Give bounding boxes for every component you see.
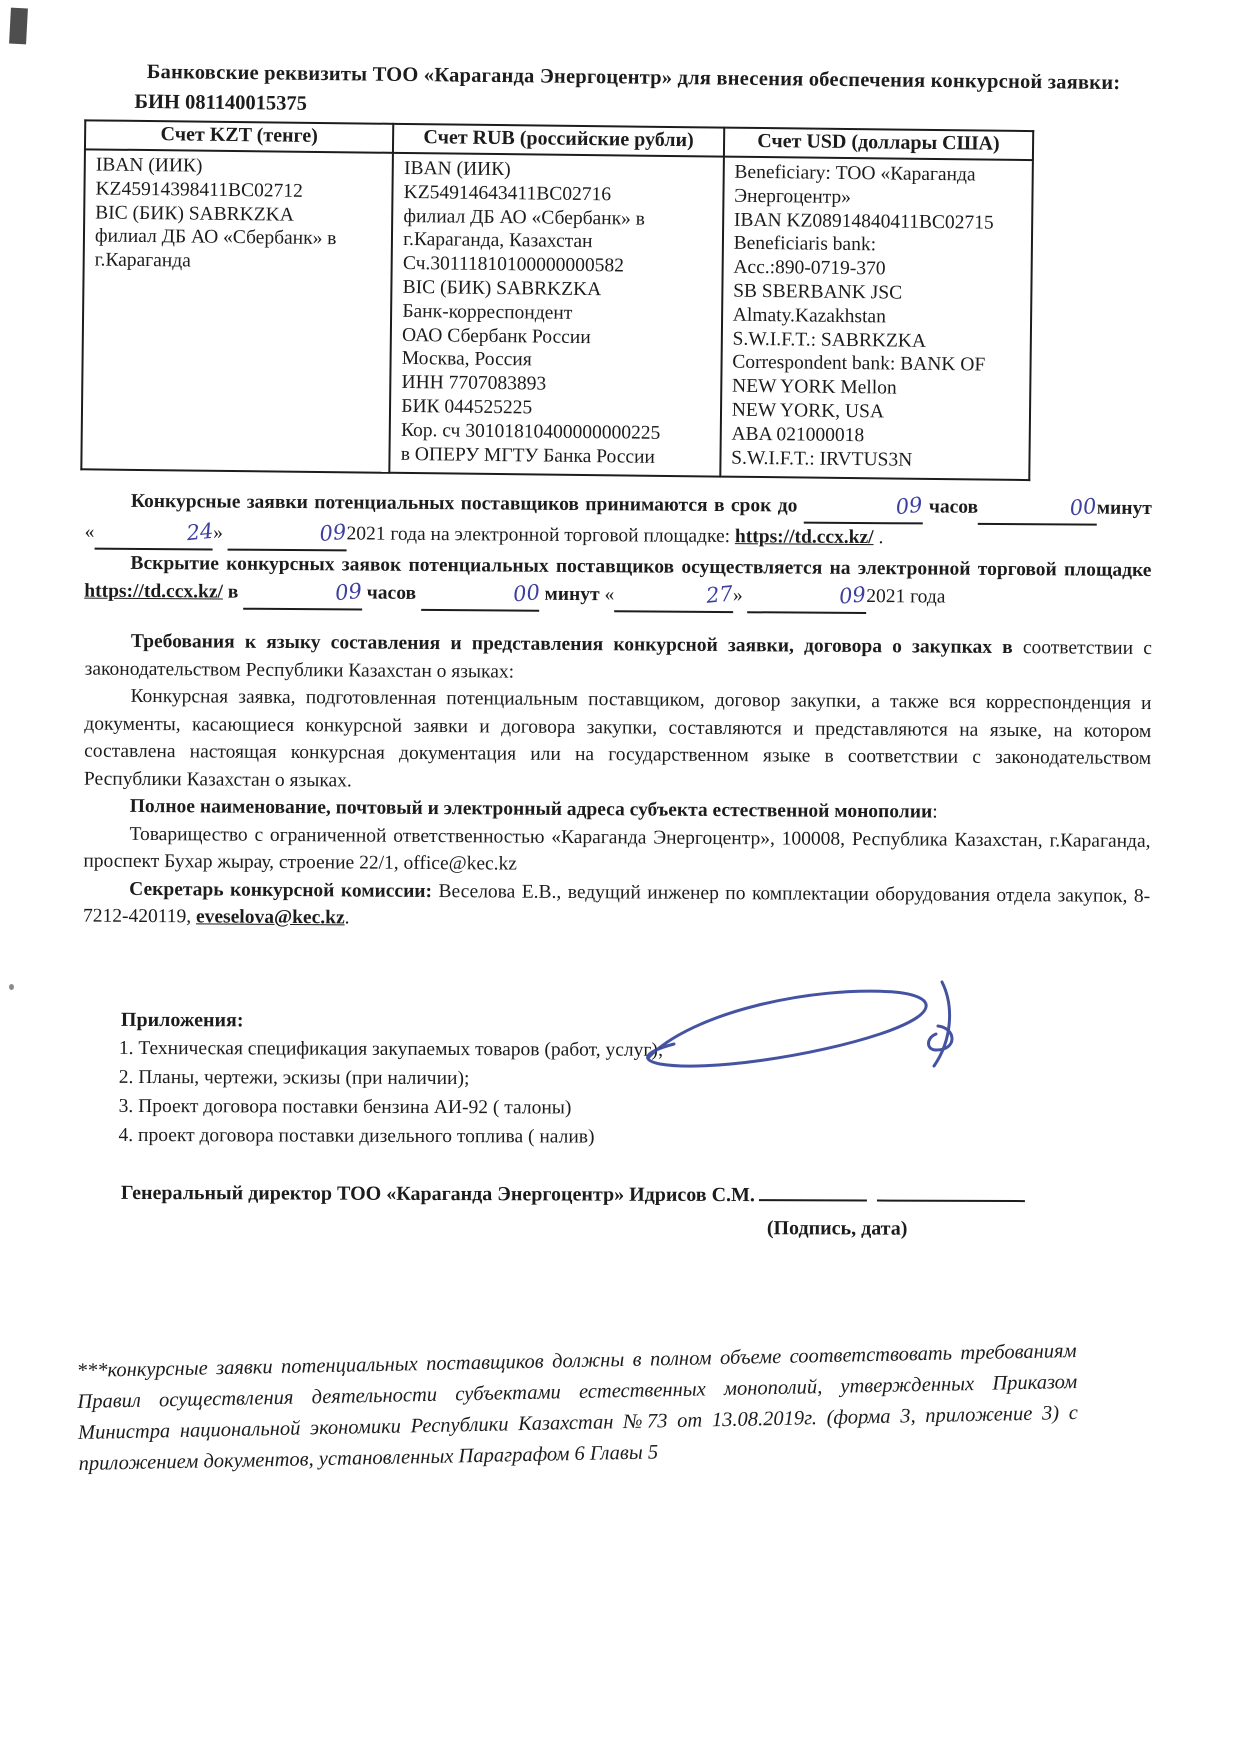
handwritten-month: 09 — [273, 521, 348, 550]
signature-section: Генеральный директор ТОО «Караганда Энер… — [85, 1180, 1152, 1242]
scan-artifact — [9, 984, 14, 990]
col-header-usd: Счет USD (доллары США) — [724, 128, 1034, 161]
handwritten-day: 27 — [659, 582, 734, 611]
month-blank: 09 — [228, 525, 347, 552]
language-body: Конкурсная заявка, подготовленная потенц… — [84, 682, 1152, 799]
trading-platform-url: https://td.ccx.kz/ — [735, 526, 874, 548]
handwritten-month: 09 — [793, 583, 868, 612]
in-word: в — [228, 581, 239, 602]
secretary-paragraph: Секретарь конкурсной комиссии: Веселова … — [83, 875, 1150, 937]
table-cell-line: ИНН 7707083893 — [401, 371, 714, 398]
period: . — [345, 907, 350, 928]
table-cell-line: ОАО Сбербанк России — [402, 324, 715, 351]
monopoly-body: Товарищество с ограниченной ответственно… — [83, 820, 1150, 882]
hours-blank: 09 — [243, 584, 362, 611]
quote-close: » — [733, 585, 743, 606]
opening-paragraph: Вскрытие конкурсных заявок потенциальных… — [84, 550, 1151, 616]
table-cell-line: KZ54914643411BC02716 — [404, 181, 717, 208]
table-cell-line: BIC (БИК) SABRKZKA — [403, 276, 716, 303]
table-cell-line: Банк-корреспондент — [402, 300, 715, 327]
trading-platform-url: https://td.ccx.kz/ — [84, 580, 223, 602]
attachment-item: 3. Проект договора поставки бензина АИ-9… — [119, 1092, 1152, 1125]
director-text: Генеральный директор ТОО «Караганда Энер… — [121, 1182, 755, 1206]
col-header-rub: Счет RUB (российские рубли) — [393, 124, 724, 157]
account-kzt-cell: IBAN (ИИК)KZ45914398411BC02712BIC (БИК) … — [81, 149, 393, 473]
table-cell-line: Москва, Россия — [402, 347, 715, 374]
scan-artifact — [9, 8, 28, 45]
table-cell-line: NEW YORK Mellon — [732, 375, 1024, 402]
month-blank: 09 — [747, 587, 866, 614]
minutes-label: минут — [544, 584, 599, 605]
table-cell-line: филиал ДБ АО «Сбербанк» в — [95, 225, 386, 252]
table-body-row: IBAN (ИИК)KZ45914398411BC02712BIC (БИК) … — [81, 149, 1033, 480]
table-cell-line: г.Караганда, Казахстан — [403, 228, 716, 255]
table-cell-line: г.Караганда — [95, 249, 386, 276]
deadline-year-text: 2021 года на электронной торговой площад… — [346, 524, 730, 548]
table-cell-line: IBAN (ИИК) — [96, 153, 387, 180]
signature-caption: (Подпись, дата) — [767, 1218, 1152, 1242]
language-heading-bold: Требования к языку составления и предста… — [131, 631, 1013, 658]
footnote: ***конкурсные заявки потенциальных поста… — [77, 1336, 1079, 1480]
table-cell-line: IBAN KZ08914840411BC02715 — [734, 208, 1026, 235]
signature-rule — [877, 1196, 1025, 1203]
handwritten-day: 24 — [140, 520, 215, 549]
handwritten-signature — [622, 978, 982, 1078]
table-cell-line: ABA 021000018 — [731, 422, 1023, 449]
account-rub-cell: IBAN (ИИК)KZ54914643411BC02716филиал ДБ … — [390, 153, 724, 477]
handwritten-minutes: 00 — [466, 581, 541, 610]
quote-open: « — [604, 584, 614, 605]
table-cell-line: S.W.I.F.T.: IRVTUS3N — [731, 446, 1023, 473]
attachment-item: 4. проект договора поставки дизельного т… — [118, 1121, 1151, 1154]
minutes-label: минут — [1097, 498, 1152, 519]
language-heading: Требования к языку составления и предста… — [85, 627, 1152, 689]
table-cell-line: S.W.I.F.T.: SABRKZKA — [732, 327, 1024, 354]
day-blank: 27 — [614, 586, 733, 613]
table-cell-line: Acc.:890-0719-370 — [733, 256, 1025, 283]
table-cell-line: Correspondent bank: BANK OF — [732, 351, 1024, 378]
signature-rule — [759, 1196, 867, 1202]
deadline-lead: Конкурсные заявки потенциальных поставщи… — [131, 491, 798, 517]
director-line: Генеральный директор ТОО «Караганда Энер… — [121, 1180, 1152, 1211]
deadline-paragraph: Конкурсные заявки потенциальных поставщи… — [85, 488, 1152, 557]
col-header-kzt: Счет KZT (тенге) — [85, 120, 394, 152]
dates-section: Конкурсные заявки потенциальных поставщи… — [84, 488, 1152, 616]
secretary-heading: Секретарь конкурсной комиссии: — [129, 878, 432, 901]
monopoly-heading-bold: Полное наименование, почтовый и электрон… — [130, 796, 933, 823]
handwritten-minutes: 00 — [1023, 495, 1098, 524]
minutes-blank: 00 — [421, 585, 540, 612]
table-cell-line: Сч.30111810100000000582 — [403, 252, 716, 279]
table-cell-line: SB SBERBANK JSC — [733, 280, 1025, 307]
secretary-email: eveselova@kec.kz — [196, 906, 345, 928]
day-blank: 24 — [94, 524, 213, 551]
opening-lead: Вскрытие конкурсных заявок потенциальных… — [130, 553, 1151, 581]
period: . — [878, 527, 883, 548]
hours-label: часов — [367, 582, 416, 603]
header-section: Банковские реквизиты ТОО «Караганда Энер… — [80, 57, 1152, 482]
scanned-document-page: Банковские реквизиты ТОО «Караганда Энер… — [0, 0, 1240, 1753]
hours-blank: 09 — [804, 498, 923, 525]
bank-details-table: Счет KZT (тенге) Счет RUB (российские ру… — [80, 119, 1034, 481]
table-cell-line: в ОПЕРУ МГТУ Банка России — [401, 442, 714, 469]
colon: : — [932, 801, 938, 822]
quote-open: « — [85, 522, 95, 543]
account-usd-cell: Beneficiary: ТОО «КарагандаЭнергоцентр»I… — [720, 157, 1033, 481]
table-cell-line: БИК 044525225 — [401, 395, 714, 422]
table-cell-line: Almaty.Kazakhstan — [733, 303, 1025, 330]
table-cell-line: Кор. сч 30101810400000000225 — [401, 419, 714, 446]
table-cell-line: Beneficiaris bank: — [734, 232, 1026, 259]
opening-tail: 2021 года — [866, 586, 945, 608]
table-cell-line: IBAN (ИИК) — [404, 157, 717, 184]
handwritten-hours: 09 — [849, 494, 924, 523]
table-cell-line: Энергоцентр» — [734, 184, 1026, 211]
hours-label: часов — [929, 497, 978, 518]
table-cell-line: KZ45914398411BC02712 — [95, 177, 386, 204]
handwritten-hours: 09 — [288, 580, 363, 609]
table-cell-line: филиал ДБ АО «Сбербанк» в — [403, 205, 716, 232]
table-cell-line: BIC (БИК) SABRKZKA — [95, 201, 386, 228]
attachments-section: Приложения: 1. Техническая спецификация … — [84, 1006, 1151, 1154]
table-cell-line: Beneficiary: ТОО «Караганда — [734, 161, 1026, 188]
minutes-blank: 00 — [978, 499, 1097, 526]
table-cell-line: NEW YORK, USA — [732, 399, 1024, 426]
requirements-section: Требования к языку составления и предста… — [83, 627, 1152, 937]
